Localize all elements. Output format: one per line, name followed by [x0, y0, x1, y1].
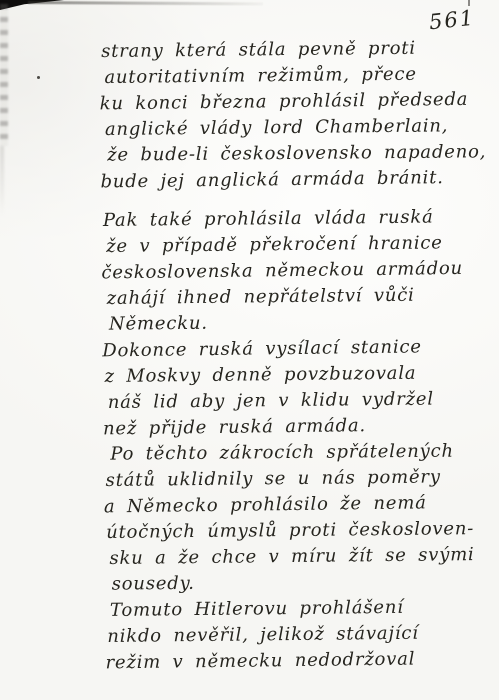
handwritten-line: Pak také prohlásila vláda ruská — [103, 204, 495, 234]
handwritten-line: z Moskvy denně povzbuzovala — [104, 360, 496, 390]
scan-edge-smudge-lower — [0, 146, 4, 216]
handwritten-line: Dokonce ruská vysílací stanice — [102, 333, 494, 364]
handwritten-line: zahájí ihned nepřátelství vůči — [107, 282, 499, 312]
handwriting-area: strany která stála pevně proti autoritat… — [101, 35, 499, 676]
handwritten-line: Po těchto zákrocích spřátelených — [110, 438, 499, 467]
scanned-manuscript-page: 561 strany která stála pevně proti autor… — [0, 0, 499, 700]
paragraph-1: strany která stála pevně proti autoritat… — [101, 35, 495, 195]
handwritten-line: sousedy. — [112, 568, 499, 597]
paragraph-2: Pak také prohlásila vláda ruská že v pří… — [103, 204, 499, 676]
handwritten-line: bude jej anglická armáda bránit. — [100, 164, 492, 195]
handwritten-line: a Německo prohlásilo že nemá — [104, 489, 496, 520]
scan-edge-smudge — [0, 4, 8, 146]
ink-speck — [37, 76, 40, 79]
handwritten-line: anglické vlády lord Chamberlain, — [105, 113, 497, 143]
handwritten-line: strany která stála pevně proti — [101, 35, 493, 65]
page-number: 561 — [428, 6, 476, 35]
handwritten-line: Tomuto Hitlerovu prohlášení — [110, 594, 499, 624]
handwritten-line: útočných úmyslů proti českosloven- — [106, 516, 498, 546]
handwritten-line: sku a že chce v míru žít se svými — [109, 542, 499, 572]
scan-edge-line — [28, 1, 263, 5]
handwritten-line: režim v německu nedodržoval — [105, 645, 497, 676]
